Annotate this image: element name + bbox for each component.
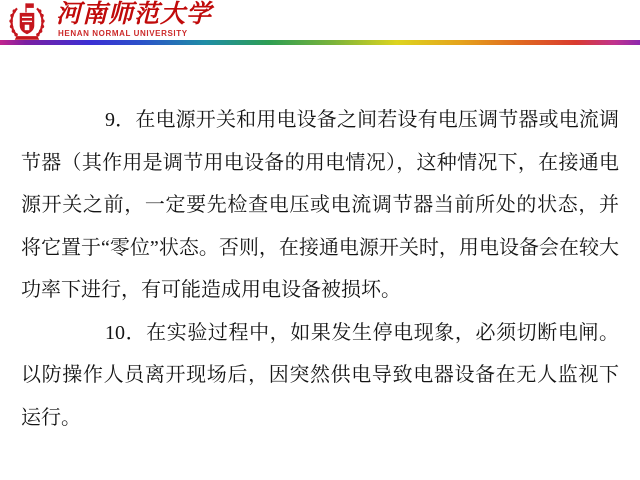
slide-body-text: 9．在电源开关和用电设备之间若设有电压调节器或电流调节器（其作用是调节用电设备的… bbox=[21, 99, 619, 439]
university-name-en: HENAN NORMAL UNIVERSITY bbox=[58, 29, 188, 38]
paragraph-text: 在电源开关和用电设备之间若设有电压调节器或电流调节器（其作用是调节用电设备的用电… bbox=[21, 109, 619, 301]
rainbow-divider-rule bbox=[0, 40, 640, 45]
paragraph-item-9: 9．在电源开关和用电设备之间若设有电压调节器或电流调节器（其作用是调节用电设备的… bbox=[21, 99, 619, 312]
university-name-zh: 河南师范大学 bbox=[56, 1, 212, 29]
header-banner: 河南师范大学 HENAN NORMAL UNIVERSITY bbox=[0, 0, 640, 40]
paragraph-number: 10． bbox=[105, 322, 146, 344]
slide: 河南师范大学 HENAN NORMAL UNIVERSITY 9．在电源开关和用… bbox=[0, 0, 640, 480]
paragraph-number: 9． bbox=[105, 109, 135, 131]
paragraph-item-10: 10．在实验过程中，如果发生停电现象，必须切断电闸。以防操作人员离开现场后，因突… bbox=[21, 312, 619, 440]
university-emblem-icon bbox=[4, 2, 50, 42]
